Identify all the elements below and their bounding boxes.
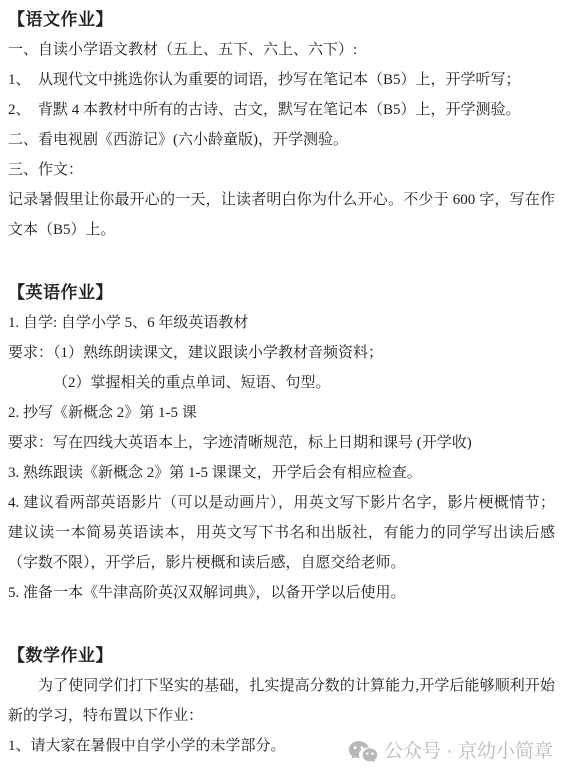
watermark-text: 公众号 · 京幼小简章 [384,740,553,764]
section-chinese-homework: 【语文作业】 一、自读小学语文教材（五上、五下、六上、六下）: 1、 从现代文中… [8,5,555,245]
paragraph: 3. 熟练跟读《新概念 2》第 1-5 课课文，开学后会有相应检查。 [8,458,555,488]
paragraph: （2）掌握相关的重点单词、短语、句型。 [8,368,555,398]
paragraph: 要求：写在四线大英语本上，字迹清晰规范，标上日期和课号 (开学收) [8,428,555,458]
section-title-english: 【英语作业】 [8,278,555,308]
document: 【语文作业】 一、自读小学语文教材（五上、五下、六上、六下）: 1、 从现代文中… [0,0,563,761]
paragraph: 2、 背默 4 本教材中所有的古诗、古文，默写在笔记本（B5）上，开学测验。 [8,95,555,125]
paragraph: 一、自读小学语文教材（五上、五下、六上、六下）: [8,35,555,65]
section-english-homework: 【英语作业】 1. 自学: 自学小学 5、6 年级英语教材 要求：（1）熟练朗读… [8,278,555,608]
paragraph: 1. 自学: 自学小学 5、6 年级英语教材 [8,308,555,338]
paragraph: 4. 建议看两部英语影片（可以是动画片），用英文写下影片名字，影片梗概情节；建议… [8,488,555,578]
paragraph: 1、 从现代文中挑选你认为重要的词语，抄写在笔记本（B5）上，开学听写； [8,65,555,95]
paragraph: 二、看电视剧《西游记》(六小龄童版)，开学测验。 [8,125,555,155]
paragraph: 为了使同学们打下坚实的基础，扎实提高分数的计算能力,开学后能够顺利开始新的学习，… [8,671,555,731]
paragraph: 要求：（1）熟练朗读课文，建议跟读小学教材音频资料； [8,338,555,368]
section-title-math: 【数学作业】 [8,641,555,671]
section-title-chinese: 【语文作业】 [8,5,555,35]
wechat-icon [348,740,378,764]
paragraph: 2. 抄写《新概念 2》第 1-5 课 [8,398,555,428]
paragraph: 5. 准备一本《牛津高阶英汉双解词典》，以备开学以后使用。 [8,578,555,608]
paragraph: 三、作文： [8,155,555,185]
paragraph: 记录暑假里让你最开心的一天，让读者明白你为什么开心。不少于 600 字，写在作文… [8,185,555,245]
watermark: 公众号 · 京幼小简章 [348,740,553,764]
